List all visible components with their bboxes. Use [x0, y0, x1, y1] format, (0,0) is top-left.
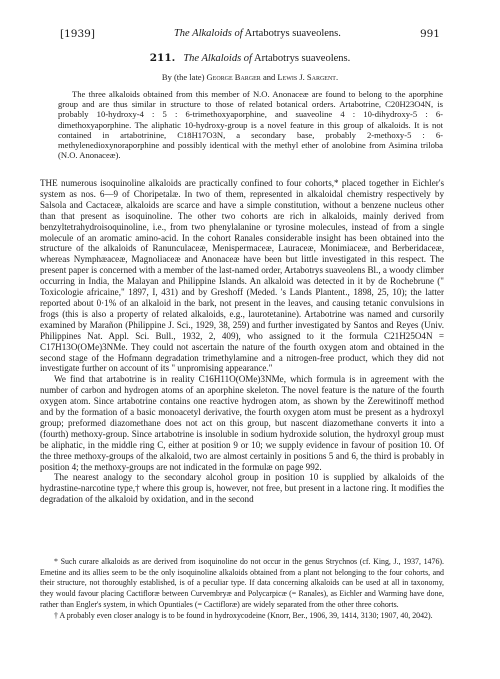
- year: [1939]: [60, 28, 95, 40]
- abstract-text: The three alkaloids obtained from this m…: [58, 89, 443, 160]
- article-number: 211.: [150, 52, 176, 64]
- page-number: 991: [420, 28, 440, 40]
- byline-prefix: By (the late): [162, 72, 204, 82]
- byline: By (the late) George Barger and Lewis J.…: [0, 72, 500, 82]
- running-title-italic: The Alkaloids of: [174, 28, 243, 39]
- running-title-roman: Artabotrys suaveolens.: [245, 28, 341, 39]
- title-italic: The Alkaloids of: [183, 53, 252, 64]
- byline-and: and: [263, 72, 275, 82]
- footnotes: * Such curare alkaloids as are derived f…: [40, 557, 444, 621]
- paragraph-2: We find that artabotrine is in reality C…: [40, 374, 444, 472]
- paragraph-3: The nearest analogy to the secondary alc…: [40, 472, 444, 505]
- journal-page: [1939] The Alkaloids of Artabotrys suave…: [0, 0, 500, 679]
- article-title: 211.The Alkaloids of Artabotrys suaveole…: [0, 52, 500, 64]
- running-title: The Alkaloids of Artabotrys suaveolens.: [174, 28, 341, 40]
- paragraph-1: THE numerous isoquinoline alkaloids are …: [40, 178, 444, 374]
- title-roman: Artabotrys suaveolens.: [254, 53, 350, 64]
- abstract: The three alkaloids obtained from this m…: [58, 89, 443, 160]
- author-2: Lewis J. Sargent.: [277, 72, 338, 82]
- footnote-1: * Such curare alkaloids as are derived f…: [40, 557, 444, 611]
- body-text: THE numerous isoquinoline alkaloids are …: [40, 178, 444, 505]
- author-1: George Barger: [207, 72, 261, 82]
- footnote-2: † A probably even closer analogy is to b…: [40, 611, 444, 622]
- running-head: [1939] The Alkaloids of Artabotrys suave…: [60, 28, 440, 40]
